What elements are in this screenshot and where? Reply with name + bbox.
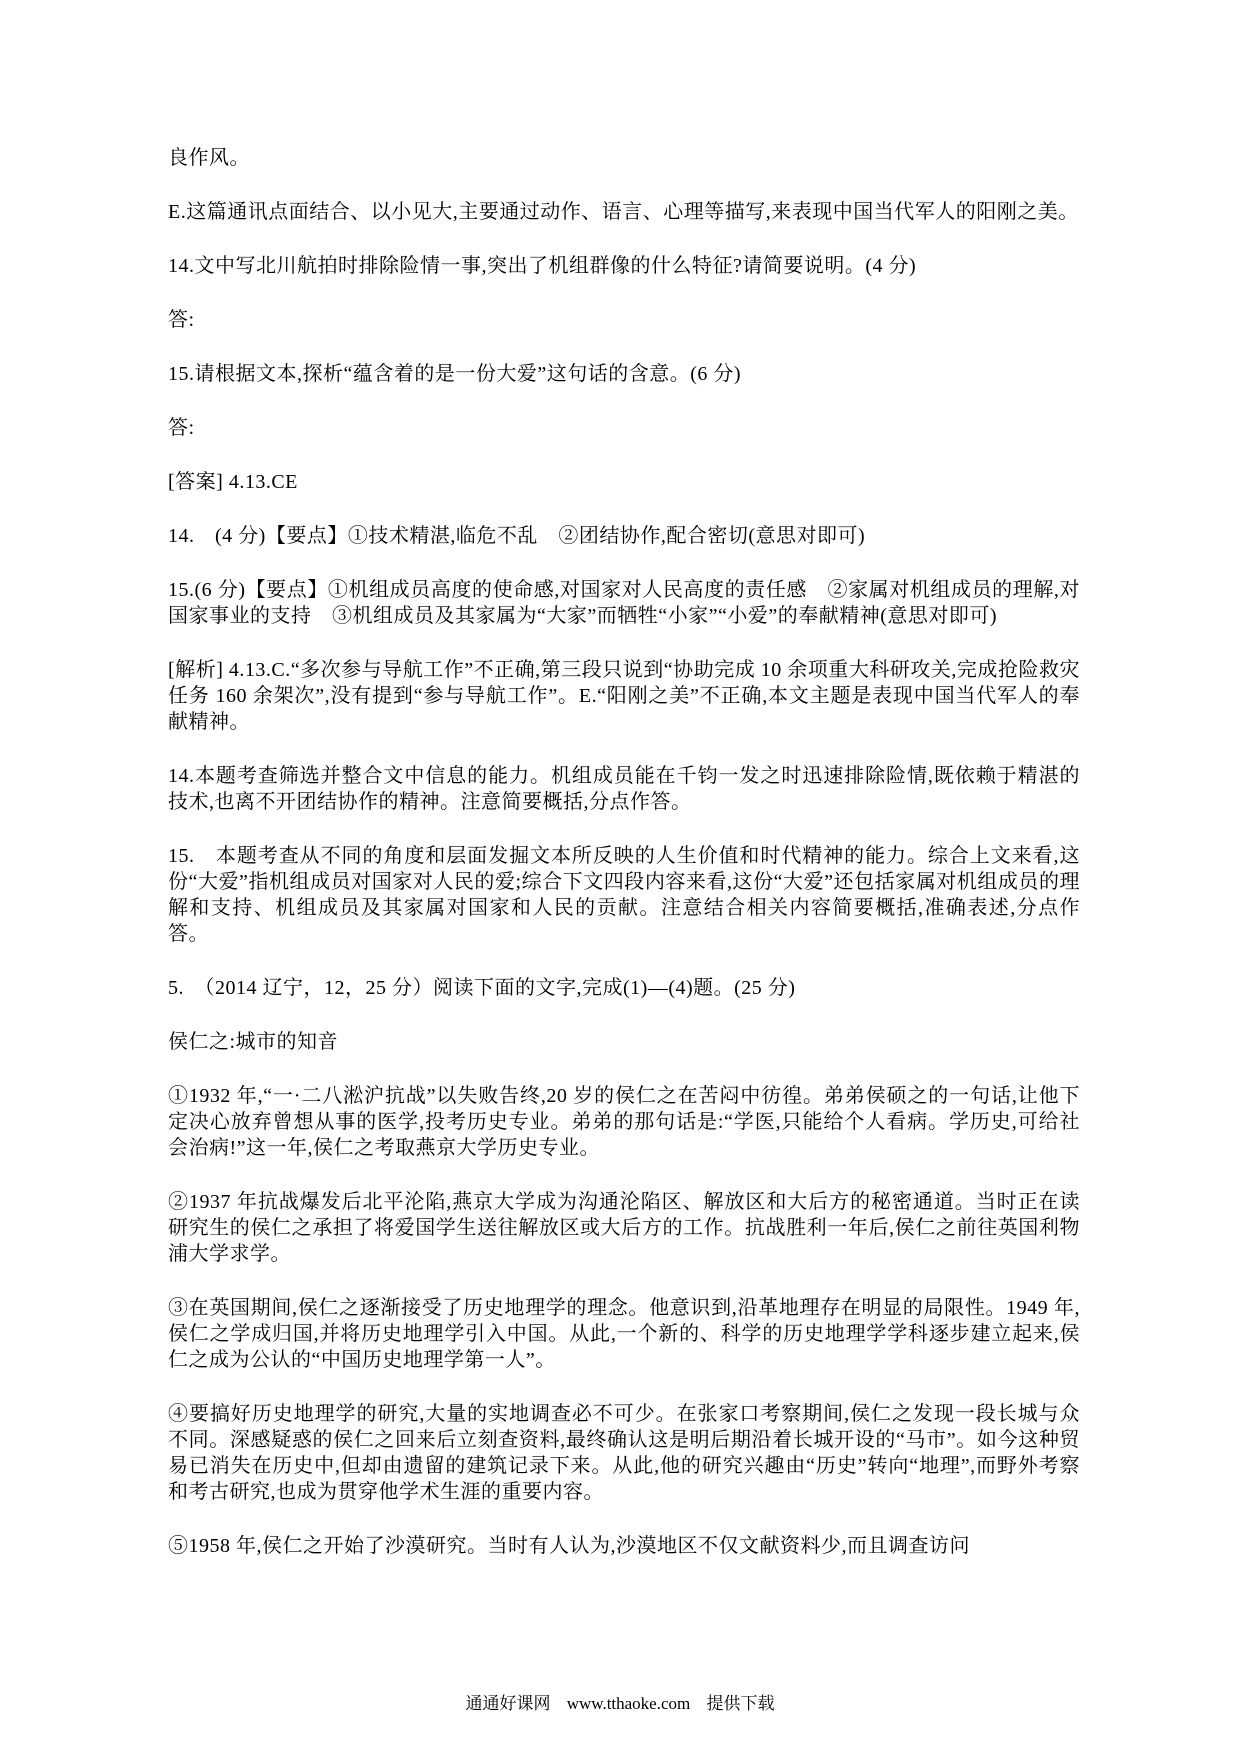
footer-site-url: www.tthaoke.com [567, 1694, 691, 1713]
answer-prompt-14: 答: [168, 307, 1080, 333]
continuation-text: 良作风。 [168, 145, 1080, 171]
footer-site-name: 通通好课网 [465, 1694, 550, 1713]
document-page: 良作风。 E.这篇通讯点面结合、以小见大,主要通过动作、语言、心理等描写,来表现… [0, 0, 1240, 1754]
document-body: 良作风。 E.这篇通讯点面结合、以小见大,主要通过动作、语言、心理等描写,来表现… [168, 145, 1080, 1587]
passage-title: 侯仁之:城市的知音 [168, 1029, 1080, 1055]
analysis-14: 14.本题考查筛选并整合文中信息的能力。机组成员能在千钧一发之时迅速排除险情,既… [168, 763, 1080, 815]
question-15: 15.请根据文本,探析“蕴含着的是一份大爱”这句话的含意。(6 分) [168, 361, 1080, 387]
key-points-15: 15.(6 分)【要点】①机组成员高度的使命感,对国家对人民高度的责任感 ②家属… [168, 577, 1080, 629]
footer-download-note: 提供下载 [707, 1694, 775, 1713]
question-14: 14.文中写北川航拍时排除险情一事,突出了机组群像的什么特征?请简要说明。(4 … [168, 253, 1080, 279]
page-footer: 通通好课网 www.tthaoke.com 提供下载 [0, 1693, 1240, 1715]
option-e-text: E.这篇通讯点面结合、以小见大,主要通过动作、语言、心理等描写,来表现中国当代军… [168, 199, 1080, 225]
passage-para-1: ①1932 年,“一·二八淞沪抗战”以失败告终,20 岁的侯仁之在苦闷中彷徨。弟… [168, 1083, 1080, 1161]
passage-para-3: ③在英国期间,侯仁之逐渐接受了历史地理学的理念。他意识到,沿革地理存在明显的局限… [168, 1295, 1080, 1373]
passage-para-4: ④要搞好历史地理学的研究,大量的实地调查必不可少。在张家口考察期间,侯仁之发现一… [168, 1401, 1080, 1505]
analysis-15: 15. 本题考查从不同的角度和层面发掘文本所反映的人生价值和时代精神的能力。综合… [168, 843, 1080, 947]
question-5-header: 5. （2014 辽宁，12，25 分）阅读下面的文字,完成(1)—(4)题。(… [168, 975, 1080, 1001]
answer-key-line: [答案] 4.13.CE [168, 469, 1080, 495]
passage-para-5: ⑤1958 年,侯仁之开始了沙漠研究。当时有人认为,沙漠地区不仅文献资料少,而且… [168, 1533, 1080, 1559]
passage-para-2: ②1937 年抗战爆发后北平沦陷,燕京大学成为沟通沦陷区、解放区和大后方的秘密通… [168, 1189, 1080, 1267]
analysis-13: [解析] 4.13.C.“多次参与导航工作”不正确,第三段只说到“协助完成 10… [168, 657, 1080, 735]
answer-prompt-15: 答: [168, 415, 1080, 441]
key-points-14: 14. (4 分)【要点】①技术精湛,临危不乱 ②团结协作,配合密切(意思对即可… [168, 523, 1080, 549]
